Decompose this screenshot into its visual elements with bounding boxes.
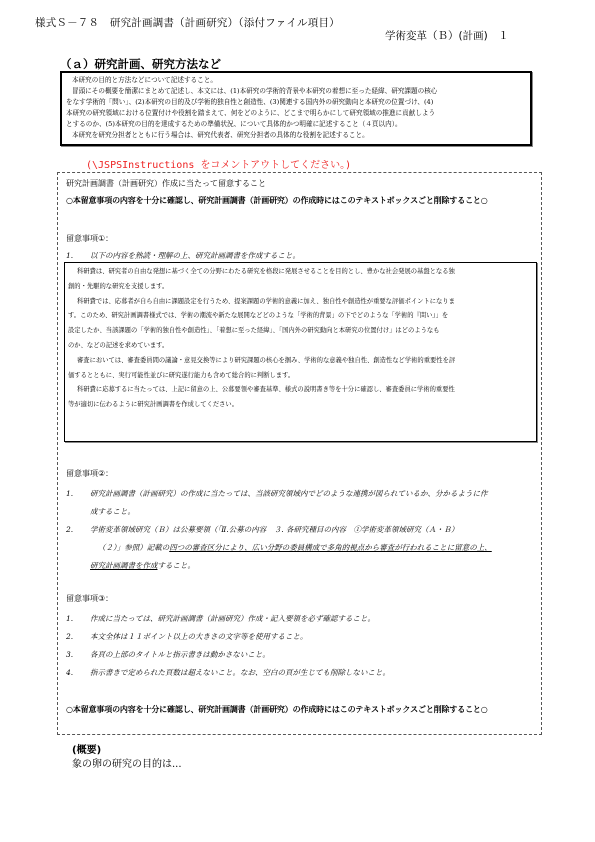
instruction-line: 本研究を研究分担者とともに行う場合は、研究代表者、研究分担者の具体的な役割を記述… (66, 130, 526, 141)
kakenhi-line: 科研費は、研究者の自由な発想に基づく全ての分野にわたる研究を格段に発展させること… (68, 265, 533, 280)
delete-banner-bottom: ○本留意事項の内容を十分に確認し、研究計画調書（計画研究）の作成時にはこのテキス… (66, 704, 488, 715)
note3-item-2: 2.本文全体は１１ポイント以上の大きさの文字等を使用すること。 (66, 631, 308, 642)
note2-heading: 留意事項②： (66, 468, 113, 479)
instruction-line: をなす学術的「問い」、(2)本研究の目的及び学術的独自性と創造性、(3)関連する… (66, 97, 526, 108)
underlined-text: 四つの審査区分により、広い分野の委員構成で多角的視点から審査が行われることに留意… (169, 543, 492, 552)
section-title: （ａ）研究計画、研究方法など (60, 56, 221, 72)
item-text: 以下の内容を熟読・理解の上、研究計画調書を作成すること。 (90, 251, 300, 260)
item-number: 3. (66, 650, 90, 659)
kakenhi-line: 創的・先駆的な研究を支援します。 (68, 280, 533, 295)
plain-text: すること。 (158, 561, 196, 570)
note2-item-2-cont2: 研究計画調書を作成すること。 (90, 560, 195, 571)
summary-body[interactable]: 象の卵の研究の目的は... (72, 755, 182, 770)
item-text: 指示書きで定められた頁数は超えないこと。なお、空白の頁が生じても削除しないこと。 (90, 668, 390, 677)
instruction-line: 本研究の目的と方法などについて記述すること。 (66, 75, 526, 86)
item-text: 学術変革領域研究（Ｂ）は公募要領（「Ⅱ.公募の内容 ３. 各研究種目の内容 ①学… (90, 525, 459, 534)
note2-item-1-cont: 成すること。 (90, 506, 135, 517)
comment-out-note: (\JSPSInstructions をコメントアウトしてください。) (86, 156, 351, 171)
item-text: 各頁の上部のタイトルと指示書きは動かさないこと。 (90, 650, 270, 659)
item-text: 本文全体は１１ポイント以上の大きさの文字等を使用すること。 (90, 632, 308, 641)
note2-item-1: 1.研究計画調書（計画研究）の作成に当たっては、当該研究領域内でどのような連携が… (66, 488, 488, 499)
kakenhi-line: 設定したか、当該課題の「学術的独自性や創造性」、「着想に至った経緯」、「国内外の… (68, 324, 533, 339)
delete-banner-top: ○本留意事項の内容を十分に確認し、研究計画調書（計画研究）の作成時にはこのテキス… (66, 195, 488, 206)
note3-item-3: 3.各頁の上部のタイトルと指示書きは動かさないこと。 (66, 649, 270, 660)
instruction-line: とするのか、(5)本研究の目的を達成するための準備状況、について具体的かつ明確に… (66, 119, 526, 130)
notes-title: 研究計画調書（計画研究）作成に当たって留意すること (66, 178, 266, 189)
note2-item-2: 2.学術変革領域研究（Ｂ）は公募要領（「Ⅱ.公募の内容 ３. 各研究種目の内容 … (66, 524, 459, 535)
kakenhi-line: 価するとともに、実行可能性並びに研究遂行能力も含めて総合的に判断します。 (68, 369, 533, 384)
instruction-line: 冒頭にその概要を簡潔にまとめて記述し、本文には、(1)本研究の学術的背景や本研究… (66, 86, 526, 97)
note1-heading: 留意事項①： (66, 233, 113, 244)
item-number: 1. (66, 251, 90, 260)
note2-item-2-cont: （２）」参照）記載の四つの審査区分により、広い分野の委員構成で多角的視点から審査… (98, 542, 492, 553)
item-number: 1. (66, 489, 90, 498)
item-number: 2. (66, 525, 90, 534)
note3-item-1: 1.作成に当たっては、研究計画調書（計画研究）作成・記入要領を必ず確認すること。 (66, 613, 375, 624)
item-number: 1. (66, 614, 90, 623)
kakenhi-line: のか、などの記述を求めています。 (68, 339, 533, 354)
item-number: 2. (66, 632, 90, 641)
underlined-text: 研究計画調書を作成 (90, 561, 158, 570)
page-category-label: 学術変革（Ｂ）(計画) １ (385, 28, 509, 43)
item-number: 4. (66, 668, 90, 677)
kakenhi-line: す。このため、研究計画調書様式では、学術の潮流や新たな展開などどのような「学術的… (68, 309, 533, 324)
instructions-box: 本研究の目的と方法などについて記述すること。 冒頭にその概要を簡潔にまとめて記述… (60, 71, 532, 146)
instruction-line: 本研究の研究領域における位置付けや役割を踏まえて、何をどのように、どこまで明らか… (66, 108, 526, 119)
note1-item-1: 1.以下の内容を熟読・理解の上、研究計画調書を作成すること。 (66, 250, 300, 261)
kakenhi-line: 科研費では、応募者が自ら自由に課題設定を行うため、提案課題の学術的意義に加え、独… (68, 295, 533, 310)
form-identifier: 様式Ｓ－７８ 研究計画調書（計画研究）（添付ファイル項目） (35, 15, 340, 30)
plain-text: （２）」参照）記載の (98, 543, 169, 552)
item-text: 研究計画調書（計画研究）の作成に当たっては、当該研究領域内でどのような連携が図ら… (90, 489, 488, 498)
kakenhi-explanation-box: 科研費は、研究者の自由な発想に基づく全ての分野にわたる研究を格段に発展させること… (64, 262, 537, 442)
kakenhi-line: 審査においては、審査委員間の議論・意見交換等により研究課題の核心を掴み、学術的な… (68, 354, 533, 369)
note3-heading: 留意事項③： (66, 593, 113, 604)
kakenhi-line: 科研費に応募するに当たっては、上記に留意の上、公募要領や審査基準、様式の説明書き… (68, 383, 533, 398)
kakenhi-line: 等が適切に伝わるように研究計画調書を作成してください。 (68, 398, 533, 413)
note3-item-4: 4.指示書きで定められた頁数は超えないこと。なお、空白の頁が生じても削除しないこ… (66, 667, 390, 678)
item-text: 作成に当たっては、研究計画調書（計画研究）作成・記入要領を必ず確認すること。 (90, 614, 375, 623)
summary-heading: (概要) (72, 741, 101, 756)
notes-textbox[interactable]: 研究計画調書（計画研究）作成に当たって留意すること ○本留意事項の内容を十分に確… (57, 172, 542, 735)
